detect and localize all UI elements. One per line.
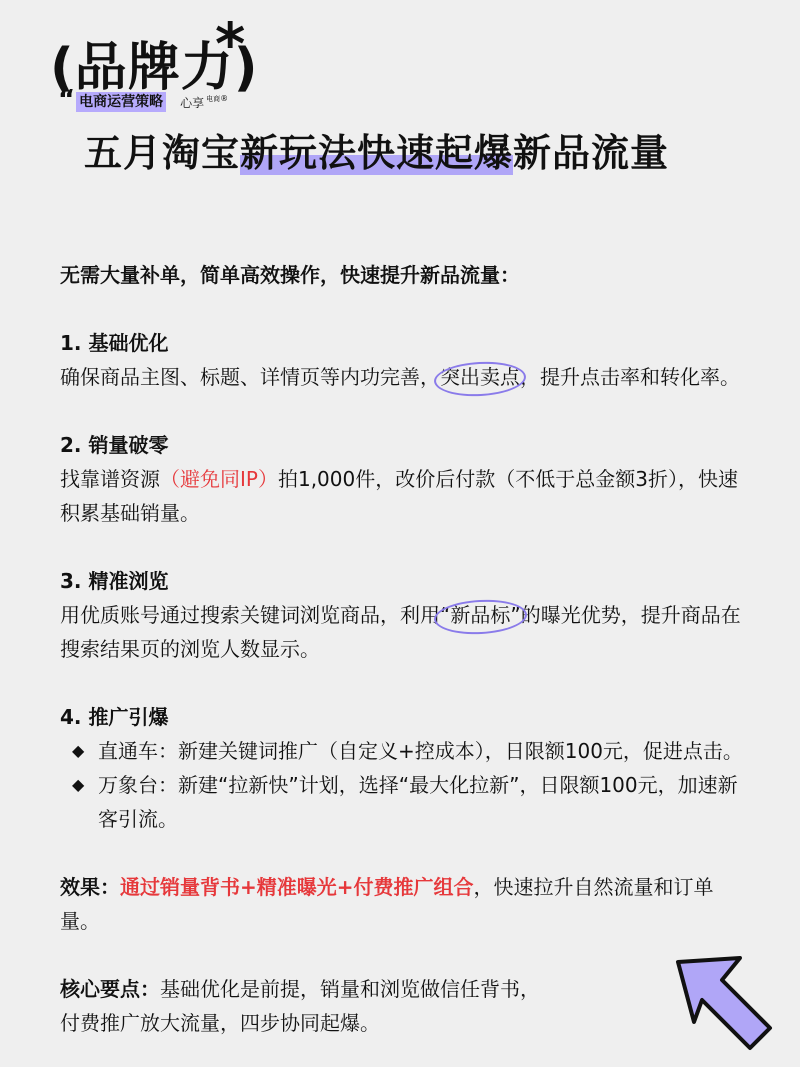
circled-highlight: “新品标”	[440, 598, 521, 632]
bullet-item: ◆万象台：新建“拉新快”计划，选择“最大化拉新”，日限额100元，加速新客引流。	[60, 768, 750, 836]
section-heading: 3. 精准浏览	[60, 564, 750, 598]
diamond-icon: ◆	[72, 768, 84, 802]
section-text: 用优质账号通过搜索关键词浏览商品，利用“新品标”的曝光优势，提升商品在搜索结果页…	[60, 598, 750, 666]
asterisk-icon: *	[215, 14, 245, 74]
core-points: 核心要点：基础优化是前提，销量和浏览做信任背书，	[60, 972, 750, 1006]
bullet-item: ◆直通车：新建关键词推广（自定义+控成本），日限额100元，促进点击。	[60, 734, 750, 768]
section-text: 找靠谱资源（避免同IP）拍1,000件，改价后付款（不低于总金额3折），快速积累…	[60, 462, 750, 530]
logo: 心享 电商 ®	[180, 94, 228, 111]
tagline-label: 电商运营策略	[76, 92, 166, 112]
intro: 无需大量补单，简单高效操作，快速提升新品流量：	[60, 258, 750, 292]
arrow-icon	[670, 950, 780, 1060]
registered-icon: ®	[220, 94, 228, 103]
section-heading: 4. 推广引爆	[60, 700, 750, 734]
effect: 效果：通过销量背书+精准曝光+付费推广组合，快速拉升自然流量和订单量。	[60, 870, 750, 938]
article-body: 无需大量补单，简单高效操作，快速提升新品流量： 1. 基础优化 确保商品主图、标…	[60, 258, 750, 1040]
quote-icon: “	[58, 92, 75, 108]
page-title: 五月淘宝新玩法快速起爆新品流量	[84, 128, 669, 178]
tagline: “ 电商运营策略 心享 电商 ®	[58, 92, 228, 112]
diamond-icon: ◆	[72, 734, 84, 768]
section-heading: 2. 销量破零	[60, 428, 750, 462]
logo-small: 电商	[206, 94, 220, 104]
effect-red: 通过销量背书+精准曝光+付费推广组合	[120, 875, 474, 899]
logo-text: 心享	[180, 94, 204, 111]
circled-highlight: 突出卖点	[440, 360, 520, 394]
title-highlight: 新玩法快速起爆	[240, 131, 513, 175]
title-part2: 新品流量	[513, 131, 669, 175]
section-heading: 1. 基础优化	[60, 326, 750, 360]
core-points-line2: 付费推广放大流量，四步协同起爆。	[60, 1006, 750, 1040]
red-note: （避免同IP）	[160, 467, 278, 491]
title-part1: 五月淘宝	[84, 131, 240, 175]
section-text: 确保商品主图、标题、详情页等内功完善，突出卖点，提升点击率和转化率。	[60, 360, 750, 394]
